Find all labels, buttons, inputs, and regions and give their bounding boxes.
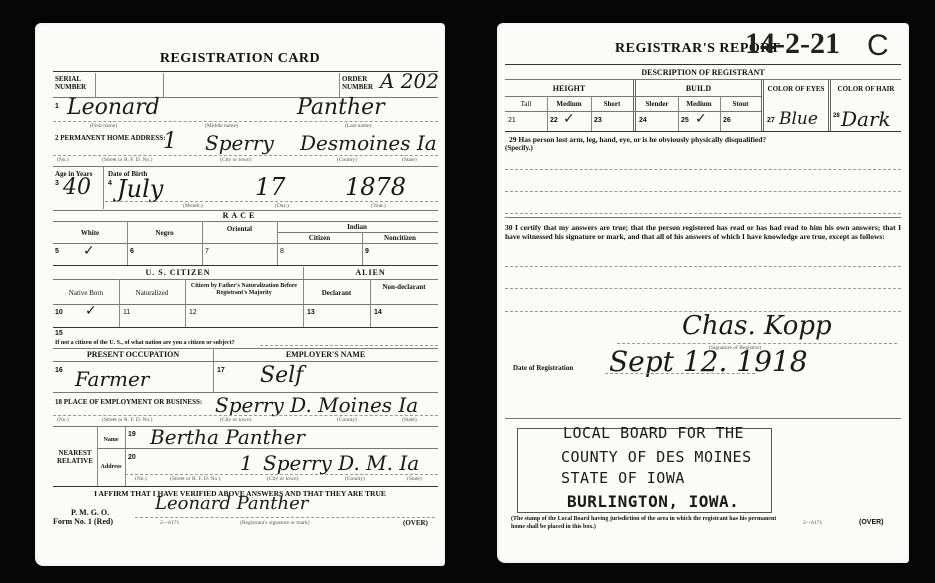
date-of-registration-label: Date of Registration <box>513 364 573 372</box>
divider <box>505 213 901 214</box>
divider <box>277 232 438 233</box>
field-number: 13 <box>307 309 315 316</box>
height-medium-checkmark: ✓ <box>563 111 575 127</box>
caption: (County) <box>345 476 365 482</box>
divider <box>97 426 98 486</box>
caption: (Last name) <box>345 123 371 129</box>
height-tall-label: Tall <box>505 100 547 108</box>
eye-color-value: Blue <box>779 109 818 129</box>
divider <box>163 73 164 97</box>
occupation-label: PRESENT OCCUPATION <box>53 351 213 359</box>
divider <box>125 474 438 475</box>
divider <box>505 191 901 192</box>
non-declarant-label: Non-declarant <box>370 283 438 291</box>
caption: (Middle name) <box>205 123 238 129</box>
field-number: 8 <box>280 248 284 255</box>
race-white-checkmark: ✓ <box>83 243 95 259</box>
home-address-city: Sperry <box>205 131 274 155</box>
field-number: 10 <box>55 309 63 316</box>
employer-label: EMPLOYER'S NAME <box>213 351 438 359</box>
field-number: 23 <box>594 117 602 124</box>
relative-address-label: Address <box>97 463 125 471</box>
dob-month: July <box>117 175 163 203</box>
field-number: 26 <box>723 117 731 124</box>
field-number: 16 <box>55 367 63 374</box>
divider <box>53 243 438 244</box>
native-born-checkmark: ✓ <box>85 303 97 319</box>
field15-question: If not a citizen of the U. S., of what n… <box>55 339 235 347</box>
build-slender-label: Slender <box>636 100 678 108</box>
divider <box>53 304 438 305</box>
divider <box>505 169 901 170</box>
divider <box>505 266 901 267</box>
divider <box>135 517 435 518</box>
registrar-signature: Chas. Kopp <box>682 311 832 341</box>
form-number: Form No. 1 (Red) <box>53 518 113 526</box>
divider <box>339 73 340 97</box>
divider <box>202 221 203 265</box>
divider <box>105 201 438 202</box>
divider <box>53 415 438 416</box>
signature-caption: (Registrant's signature or mark) <box>240 520 310 526</box>
height-medium-label: Medium <box>547 100 591 108</box>
divider <box>53 121 438 122</box>
description-label: DESCRIPTION OF REGISTRANT <box>497 69 909 77</box>
relative-address-value: Sperry D. M. Ia <box>263 451 419 475</box>
stamp-line-1: LOCAL BOARD FOR THE <box>563 424 744 442</box>
divider <box>185 279 186 327</box>
divider <box>53 265 438 266</box>
race-label: RACE <box>35 212 445 220</box>
divider <box>103 167 104 209</box>
divider <box>53 279 438 280</box>
home-address-county-state: Desmoines Ia <box>300 131 437 155</box>
employment-place-label: 18 PLACE OF EMPLOYMENT OR BUSINESS: <box>55 398 202 406</box>
divider <box>53 327 438 328</box>
field-number: 3 <box>55 180 59 187</box>
indian-citizen-label: Citizen <box>277 234 362 242</box>
divider <box>260 345 438 346</box>
divider <box>505 96 761 97</box>
divider <box>53 361 438 362</box>
caption: (Street or R. F. D. No.) <box>102 417 152 423</box>
divider <box>125 426 126 486</box>
indian-noncitizen-label: Noncitizen <box>362 234 438 242</box>
stamp-number: 14-2-21 <box>745 27 840 61</box>
divider <box>505 64 901 65</box>
height-label: HEIGHT <box>505 85 633 93</box>
height-short-label: Short <box>591 100 633 108</box>
question-30: 30 I certify that my answers are true; t… <box>505 223 901 241</box>
field-number: 17 <box>217 367 225 374</box>
eye-color-label: COLOR OF EYES <box>764 85 828 93</box>
age-value: 40 <box>63 175 91 200</box>
caption: (County) <box>337 417 357 423</box>
field-number: 12 <box>189 309 197 316</box>
divider <box>505 418 901 419</box>
field-number: 1 <box>55 103 59 110</box>
registration-card-back: REGISTRAR'S REPORT 14-2-21 C DESCRIPTION… <box>497 23 909 563</box>
native-born-label: Native Born <box>53 289 119 297</box>
registration-card-front: REGISTRATION CARD SERIAL NUMBER ORDER NU… <box>35 23 445 566</box>
divider <box>370 279 371 327</box>
field-number: 4 <box>108 180 112 187</box>
home-address-no: 1 <box>163 129 177 154</box>
caption: (Street or R. F. D. No.) <box>170 476 220 482</box>
form-code: 2—6171 <box>803 520 822 526</box>
serial-number-label: SERIAL NUMBER <box>55 75 95 91</box>
divider <box>97 448 125 449</box>
build-label: BUILD <box>636 85 761 93</box>
field-number: 21 <box>508 117 516 124</box>
caption: (City or town) <box>220 417 251 423</box>
divider <box>53 348 438 349</box>
divider <box>591 96 592 131</box>
dob-day: 17 <box>255 173 286 201</box>
relative-name-label: Name <box>97 436 125 444</box>
home-address-label: 2 PERMANENT HOME ADDRESS: <box>55 134 166 142</box>
divider <box>53 486 438 487</box>
divider <box>303 267 304 327</box>
build-stout-label: Stout <box>720 100 761 108</box>
field-number: 11 <box>123 309 130 316</box>
field-number: 6 <box>130 248 134 255</box>
field-number: 5 <box>55 248 59 255</box>
divider <box>53 166 438 167</box>
question-29-specify: (Specify.) <box>505 144 533 152</box>
registrant-signature: Leonard Panther <box>155 493 308 514</box>
hair-color-value: Dark <box>841 107 891 131</box>
divider <box>277 221 278 265</box>
divider <box>505 131 901 132</box>
relative-address-no: 1 <box>240 451 253 475</box>
divider <box>547 96 548 131</box>
build-medium-label: Medium <box>678 100 720 108</box>
order-number-value: A 202 <box>380 69 439 93</box>
form-code: 2—6171 <box>160 520 179 526</box>
race-white-label: White <box>53 229 127 237</box>
employment-place-value: Sperry D. Moines Ia <box>215 393 418 417</box>
divider <box>53 155 438 156</box>
divider <box>53 221 438 222</box>
caption: (Year.) <box>371 203 386 209</box>
caption: (No.) <box>135 476 147 482</box>
divider <box>505 111 761 112</box>
divider <box>127 221 128 265</box>
race-oriental-label: Oriental <box>202 225 277 233</box>
field-number: 20 <box>128 454 136 461</box>
caption: (City or town) <box>267 476 298 482</box>
caption: (Day.) <box>275 203 289 209</box>
question-29: 29 Has person lost arm, leg, hand, eye, … <box>509 136 901 144</box>
caption: (Month.) <box>183 203 203 209</box>
divider <box>362 232 363 265</box>
race-indian-label: Indian <box>277 223 437 231</box>
field-number: 14 <box>374 309 382 316</box>
divider <box>605 373 755 374</box>
field-number: 9 <box>365 248 369 255</box>
order-number-label: ORDER NUMBER <box>342 75 380 91</box>
over-label: (OVER) <box>403 519 428 527</box>
divider <box>119 279 120 327</box>
caption: (City or town) <box>220 157 251 163</box>
relative-name-value: Bertha Panther <box>150 425 305 449</box>
us-citizen-label: U. S. CITIZEN <box>53 269 303 277</box>
divider <box>95 73 96 97</box>
divider <box>678 96 679 131</box>
caption: (State) <box>407 476 422 482</box>
last-name: Panther <box>297 95 385 120</box>
stamp-line-2: COUNTY OF DES MOINES <box>561 448 752 466</box>
over-label: (OVER) <box>859 519 884 527</box>
stamp-line-3: STATE OF IOWA <box>561 469 685 487</box>
nearest-relative-label: NEAREST RELATIVE <box>53 449 97 465</box>
divider <box>505 217 901 218</box>
caption: (No.) <box>57 157 69 163</box>
card-title: REGISTRATION CARD <box>35 51 445 67</box>
caption: (No.) <box>57 417 69 423</box>
field-number: 24 <box>639 117 647 124</box>
stamp-letter: C <box>867 29 889 63</box>
pmgo-label: P. M. G. O. <box>71 509 109 517</box>
field-number: 28 <box>833 113 840 119</box>
occupation-value: Farmer <box>75 367 149 391</box>
dob-year: 1878 <box>345 173 406 201</box>
race-negro-label: Negro <box>127 229 202 237</box>
field-number: 7 <box>205 248 209 255</box>
divider <box>505 79 901 80</box>
caption: (State) <box>402 157 417 163</box>
employer-value: Self <box>260 363 303 388</box>
naturalized-label: Naturalized <box>119 289 185 297</box>
divider <box>505 288 901 289</box>
field-number: 19 <box>128 431 136 438</box>
divider <box>720 96 721 131</box>
alien-label: ALIEN <box>303 269 438 277</box>
hair-color-label: COLOR OF HAIR <box>831 85 901 93</box>
stamp-caption: (The stamp of the Local Board having jur… <box>511 516 781 531</box>
field-number: 15 <box>55 330 63 337</box>
divider <box>125 448 438 449</box>
field-number: 27 <box>767 117 775 124</box>
caption: (Street or R. F. D. No.) <box>102 157 152 163</box>
field-number: 25 <box>681 117 689 124</box>
divider <box>213 348 214 392</box>
first-name: Leonard <box>67 95 160 120</box>
declarant-label: Declarant <box>303 289 370 297</box>
build-medium-checkmark: ✓ <box>695 111 707 127</box>
citizen-by-father-label: Citizen by Father's Naturalization Befor… <box>185 283 303 297</box>
field-number: 22 <box>550 117 558 124</box>
divider <box>617 343 897 344</box>
stamp-line-4: BURLINGTON, IOWA. <box>567 493 739 511</box>
caption: (State) <box>402 417 417 423</box>
caption: (County) <box>337 157 357 163</box>
caption: (First name) <box>90 123 117 129</box>
